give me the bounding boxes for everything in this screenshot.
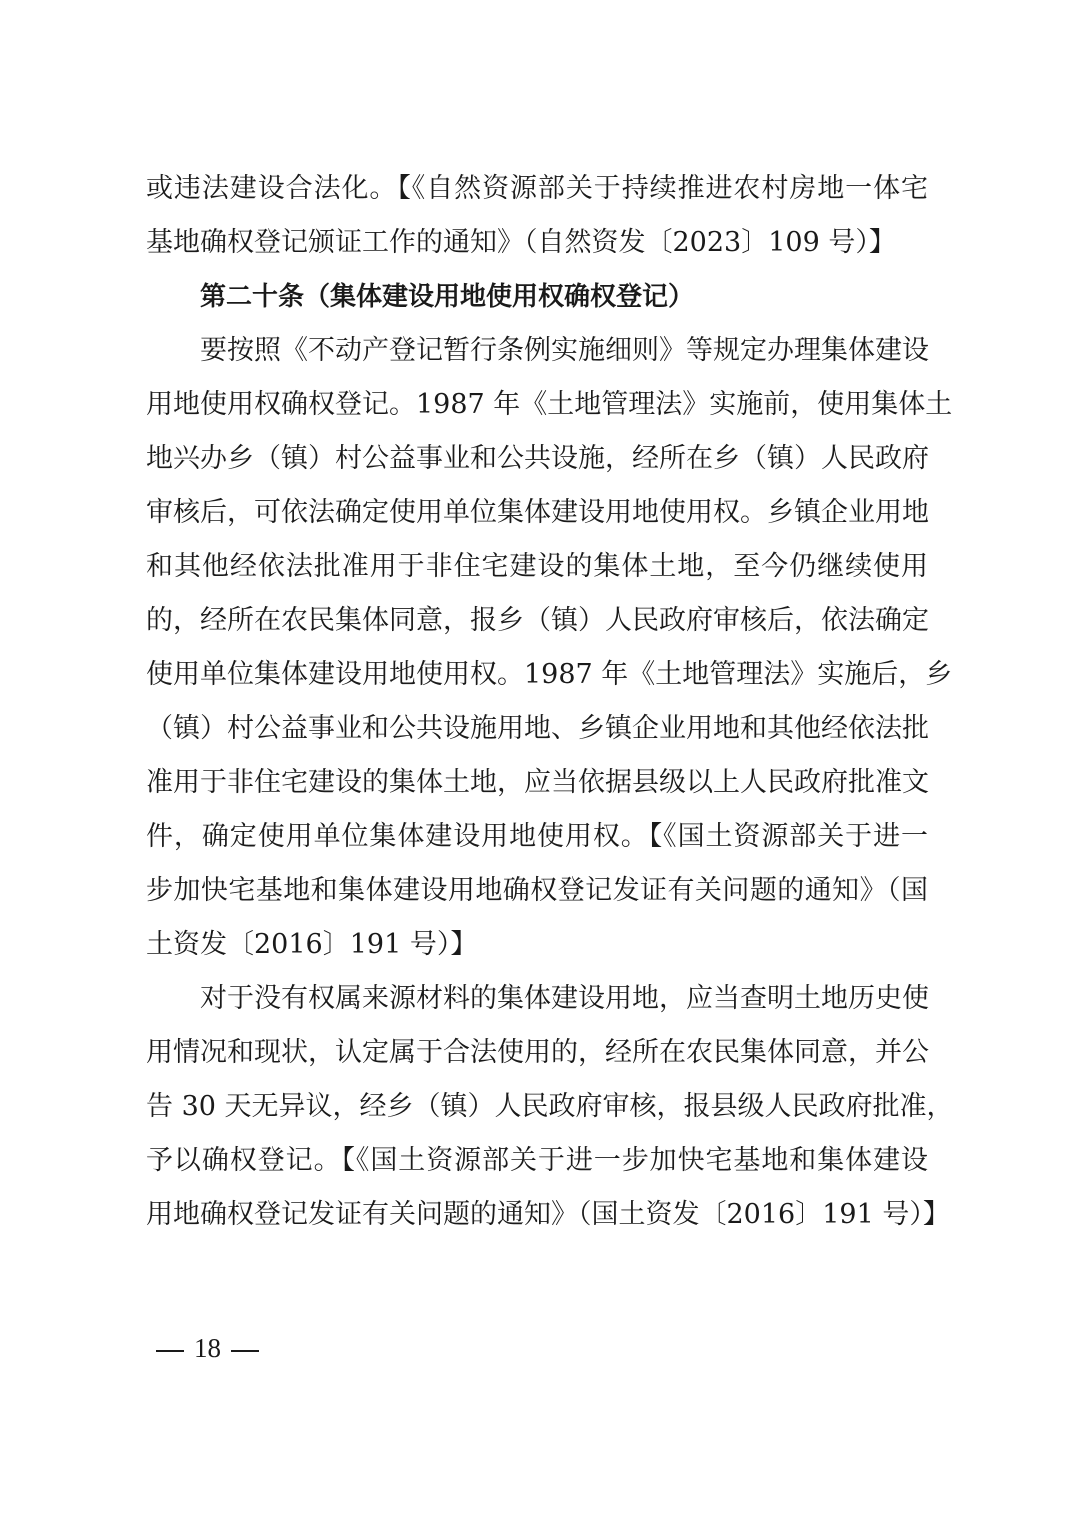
text-line: 要按照《不动产登记暂行条例实施细则》等规定办理集体建设 (146, 324, 928, 378)
text-line: 基地确权登记颁证工作的通知》（自然资发〔2023〕109 号）】 (146, 216, 928, 270)
text-line: 用地确权登记发证有关问题的通知》（国土资发〔2016〕191 号）】 (146, 1188, 928, 1242)
article-paragraph-2: 对于没有权属来源材料的集体建设用地，应当查明土地历史使 用情况和现状，认定属于合… (146, 972, 928, 1242)
page-number: 18 (194, 1333, 221, 1363)
text-line: 或违法建设合法化。【《自然资源部关于持续推进农村房地一体宅 (146, 162, 928, 216)
text-line: 审核后，可依法确定使用单位集体建设用地使用权。乡镇企业用地 (146, 486, 928, 540)
text-line: 步加快宅基地和集体建设用地确权登记发证有关问题的通知》（国 (146, 864, 928, 918)
article-heading: 第二十条（集体建设用地使用权确权登记） (146, 270, 928, 324)
text-line: 和其他经依法批准用于非住宅建设的集体土地，至今仍继续使用 (146, 540, 928, 594)
document-page: 或违法建设合法化。【《自然资源部关于持续推进农村房地一体宅 基地确权登记颁证工作… (146, 162, 928, 1242)
text-line: 的，经所在农民集体同意，报乡（镇）人民政府审核后，依法确定 (146, 594, 928, 648)
text-line: 件，确定使用单位集体建设用地使用权。【《国土资源部关于进一 (146, 810, 928, 864)
text-line: 予以确权登记。【《国土资源部关于进一步加快宅基地和集体建设 (146, 1134, 928, 1188)
text-line: 准用于非住宅建设的集体土地，应当依据县级以上人民政府批准文 (146, 756, 928, 810)
text-line: 用地使用权确权登记。1987 年《土地管理法》实施前，使用集体土 (146, 378, 928, 432)
continuation-paragraph: 或违法建设合法化。【《自然资源部关于持续推进农村房地一体宅 基地确权登记颁证工作… (146, 162, 928, 270)
page-footer: 18 (146, 1328, 269, 1368)
text-line: 使用单位集体建设用地使用权。1987 年《土地管理法》实施后，乡 (146, 648, 928, 702)
text-line: 对于没有权属来源材料的集体建设用地，应当查明土地历史使 (146, 972, 928, 1026)
text-line: 地兴办乡（镇）村公益事业和公共设施，经所在乡（镇）人民政府 (146, 432, 928, 486)
dash-right (231, 1350, 259, 1352)
text-line: （镇）村公益事业和公共设施用地、乡镇企业用地和其他经依法批 (146, 702, 928, 756)
dash-left (156, 1350, 184, 1352)
article-paragraph-1: 要按照《不动产登记暂行条例实施细则》等规定办理集体建设 用地使用权确权登记。19… (146, 324, 928, 972)
text-line: 土资发〔2016〕191 号）】 (146, 918, 928, 972)
text-line: 用情况和现状，认定属于合法使用的，经所在农民集体同意，并公 (146, 1026, 928, 1080)
text-line: 告 30 天无异议，经乡（镇）人民政府审核，报县级人民政府批准， (146, 1080, 928, 1134)
